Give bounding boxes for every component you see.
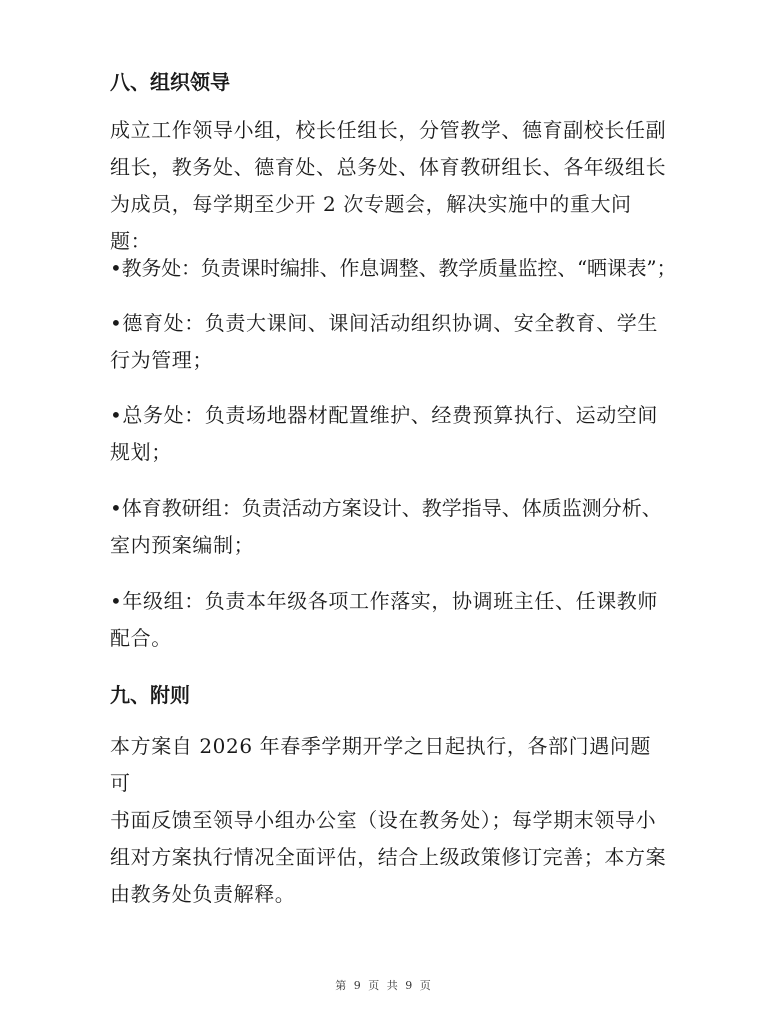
page-number-footer: 第 9 页 共 9 页 [0,977,768,993]
paragraph-line: 本方案自 2026 年春季学期开学之日起执行，各部门遇问题可 [110,728,670,802]
section-heading-organization: 八、组织领导 [110,70,230,94]
bullet-line: •教务处：负责课时编排、作息调整、教学质量监控、“晒课表”； [110,250,680,287]
bullet-item-general-affairs: •总务处：负责场地器材配置维护、经费预算执行、运动空间 规划； [110,397,670,471]
bullet-line: 规划； [110,434,670,471]
bullet-line: •年级组：负责本年级各项工作落实，协调班主任、任课教师 [110,583,670,620]
bullet-item-academic-affairs: •教务处：负责课时编排、作息调整、教学质量监控、“晒课表”； [110,250,680,287]
bullet-item-pe-group: •体育教研组：负责活动方案设计、教学指导、体质监测分析、 室内预案编制； [110,490,680,564]
section-paragraph: 成立工作领导小组，校长任组长，分管教学、德育副校长任副 组长，教务处、德育处、总… [110,112,670,260]
section-heading-appendix: 九、附则 [110,683,190,707]
document-page: 八、组织领导 成立工作领导小组，校长任组长，分管教学、德育副校长任副 组长，教务… [0,0,768,1024]
paragraph-line: 组对方案执行情况全面评估，结合上级政策修订完善；本方案 [110,839,670,876]
bullet-line: •体育教研组：负责活动方案设计、教学指导、体质监测分析、 [110,490,680,527]
paragraph-line: 成立工作领导小组，校长任组长，分管教学、德育副校长任副 [110,112,670,149]
bullet-line: •总务处：负责场地器材配置维护、经费预算执行、运动空间 [110,397,670,434]
paragraph-line: 组长，教务处、德育处、总务处、体育教研组长、各年级组长 [110,149,670,186]
bullet-line: 行为管理； [110,342,670,379]
paragraph-line: 由教务处负责解释。 [110,876,670,913]
bullet-item-grade-group: •年级组：负责本年级各项工作落实，协调班主任、任课教师 配合。 [110,583,670,657]
bullet-item-moral-education: •德育处：负责大课间、课间活动组织协调、安全教育、学生 行为管理； [110,305,670,379]
paragraph-line: 书面反馈至领导小组办公室（设在教务处）；每学期末领导小 [110,802,670,839]
section-paragraph: 本方案自 2026 年春季学期开学之日起执行，各部门遇问题可 书面反馈至领导小组… [110,728,670,913]
paragraph-line: 为成员，每学期至少开 2 次专题会，解决实施中的重大问题： [110,186,670,260]
bullet-line: 室内预案编制； [110,527,680,564]
bullet-line: •德育处：负责大课间、课间活动组织协调、安全教育、学生 [110,305,670,342]
bullet-line: 配合。 [110,620,670,657]
